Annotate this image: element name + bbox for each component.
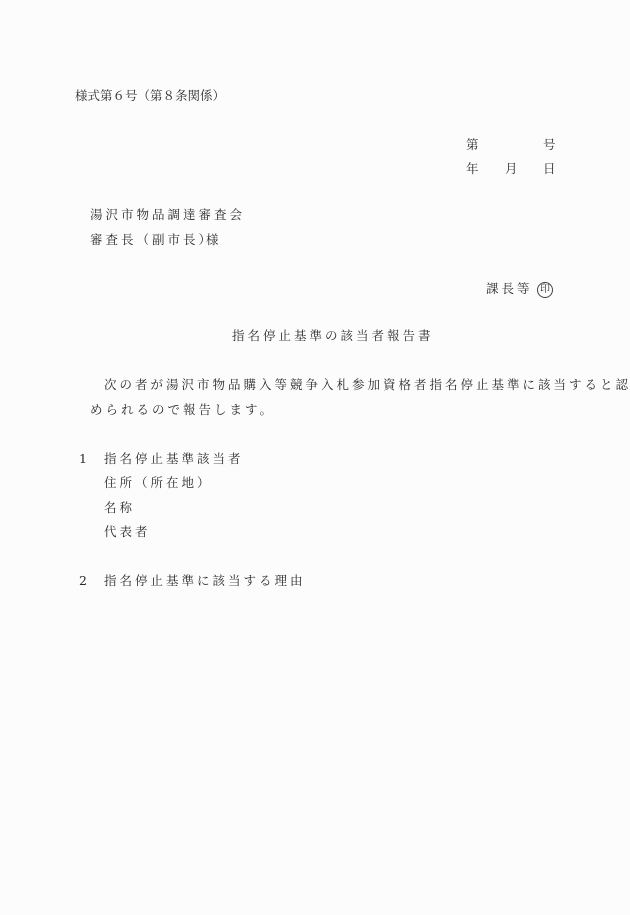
- doc-number-prefix: 第: [466, 137, 479, 153]
- seal-icon: 印: [537, 282, 553, 298]
- seal-mark: 印: [537, 281, 553, 298]
- date-month: 月: [505, 161, 518, 177]
- doc-number-suffix: 号: [543, 137, 556, 153]
- addressee-organization: 湯沢市物品調達審査会: [90, 207, 245, 223]
- field-name: 名称: [104, 500, 135, 516]
- section-heading: 指名停止基準に該当する理由: [104, 573, 306, 589]
- date-day: 日: [543, 161, 556, 177]
- sender-label: 課長等: [486, 281, 533, 297]
- addressee-title: 審査長（副市長）: [90, 232, 214, 248]
- field-address: 住所（所在地）: [104, 475, 213, 491]
- section-heading: 指名停止基準該当者: [104, 451, 244, 467]
- body-line-1: 次の者が湯沢市物品購入等競争入札参加資格者指名停止基準に該当すると認: [104, 377, 630, 393]
- document-title: 指名停止基準の該当者報告書: [232, 328, 434, 344]
- field-representative: 代表者: [104, 524, 151, 540]
- section-number: 1: [79, 451, 87, 467]
- addressee-honorific: 様: [206, 232, 219, 248]
- body-line-2: められるので報告します。: [90, 402, 275, 418]
- date-year: 年: [466, 161, 479, 177]
- section-number: 2: [79, 573, 87, 589]
- form-header: 様式第６号（第８条関係）: [75, 88, 225, 104]
